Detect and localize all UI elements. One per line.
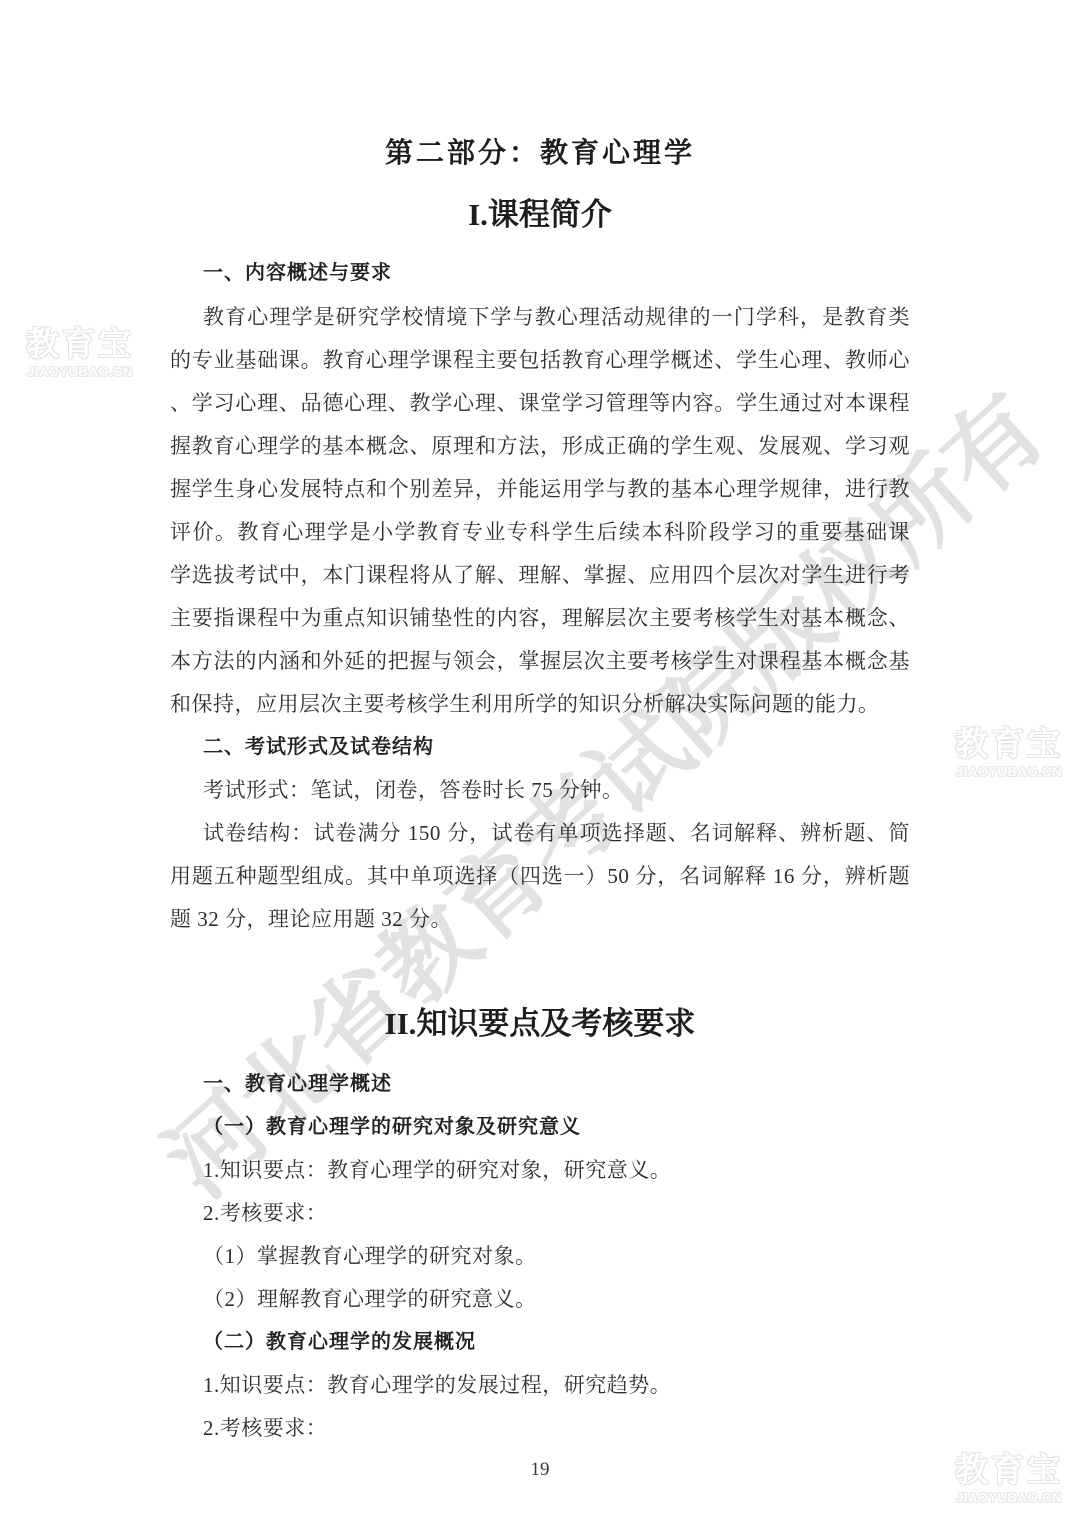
knowledge-item: （一）教育心理学的研究对象及研究意义 bbox=[170, 1106, 910, 1149]
document-page: 河北省教育考试院版权所有 教育宝 JIAOYUBAO.CN 教育宝 JIAOYU… bbox=[0, 0, 1080, 1527]
knowledge-item: （2）理解教育心理学的研究意义。 bbox=[170, 1278, 910, 1321]
exam-form-line: 考试形式：笔试，闭卷，答卷时长 75 分钟。 bbox=[170, 769, 910, 812]
knowledge-item: 1.知识要点：教育心理学的发展过程，研究趋势。 bbox=[170, 1364, 910, 1407]
knowledge-item: 2.考核要求： bbox=[170, 1407, 910, 1450]
overview-line: 学选拔考试中，本门课程将从了解、理解、掌握、应用四个层次对学生进行考核。了解层次 bbox=[170, 554, 910, 597]
overview-line: 教育心理学是研究学校情境下学与教心理活动规律的一门学科，是教育类专业一门重要 bbox=[170, 296, 910, 339]
brand-en-text: JIAOYUBAO.CN bbox=[943, 1490, 1075, 1505]
exam-structure-heading: 二、考试形式及试卷结构 bbox=[170, 726, 910, 769]
course-intro-title: I.课程简介 bbox=[170, 194, 910, 236]
paper-structure-line: 用题五种题型组成。其中单项选择（四选一）50 分，名词解释 16 分，辨析题 2… bbox=[170, 855, 910, 898]
paper-structure-line: 试卷结构：试卷满分 150 分，试卷有单项选择题、名词解释、辨析题、简答题、理论… bbox=[170, 812, 910, 855]
knowledge-item: （1）掌握教育心理学的研究对象。 bbox=[170, 1235, 910, 1278]
document-content: 第二部分：教育心理学 I.课程简介 一、内容概述与要求 教育心理学是研究学校情境… bbox=[0, 0, 1080, 1483]
overview-line: 的专业基础课。教育心理学课程主要包括教育心理学概述、学生心理、教师心理、学习理论 bbox=[170, 339, 910, 382]
overview-line: 主要指课程中为重点知识铺垫性的内容，理解层次主要考核学生对基本概念、基本原理、基 bbox=[170, 597, 910, 640]
part-title: 第二部分：教育心理学 bbox=[170, 0, 910, 174]
page-number: 19 bbox=[170, 1457, 910, 1483]
paper-structure-paragraph: 试卷结构：试卷满分 150 分，试卷有单项选择题、名词解释、辨析题、简答题、理论… bbox=[170, 812, 910, 941]
overview-line: 握教育心理学的基本概念、原理和方法，形成正确的学生观、发展观、学习观与教学观；掌 bbox=[170, 425, 910, 468]
knowledge-section-title: II.知识要点及考核要求 bbox=[170, 941, 910, 1046]
overview-line: 握学生身心发展特点和个别差异，并能运用学与教的基本心理学规律，进行教学设计、教学 bbox=[170, 468, 910, 511]
overview-line: 本方法的内涵和外延的把握与领会，掌握层次主要考核学生对课程基本概念基本知识的识记 bbox=[170, 640, 910, 683]
overview-paragraph: 教育心理学是研究学校情境下学与教心理活动规律的一门学科，是教育类专业一门重要的专… bbox=[170, 296, 910, 726]
paper-structure-line: 题 32 分，理论应用题 32 分。 bbox=[170, 898, 910, 941]
knowledge-item: 一、教育心理学概述 bbox=[170, 1063, 910, 1106]
knowledge-item: 1.知识要点：教育心理学的研究对象，研究意义。 bbox=[170, 1149, 910, 1192]
overview-line: 评价。教育心理学是小学教育专业专科学生后续本科阶段学习的重要基础课程。在专升本入 bbox=[170, 511, 910, 554]
knowledge-item: （二）教育心理学的发展概况 bbox=[170, 1321, 910, 1364]
knowledge-item: 2.考核要求： bbox=[170, 1192, 910, 1235]
overview-line: 和保持，应用层次主要考核学生利用所学的知识分析解决实际问题的能力。 bbox=[170, 683, 910, 726]
knowledge-list: 一、教育心理学概述（一）教育心理学的研究对象及研究意义1.知识要点：教育心理学的… bbox=[170, 1063, 910, 1450]
overview-line: 、学习心理、品德心理、教学心理、课堂学习管理等内容。学生通过对本课程的学习，掌 bbox=[170, 382, 910, 425]
overview-heading: 一、内容概述与要求 bbox=[170, 258, 910, 288]
